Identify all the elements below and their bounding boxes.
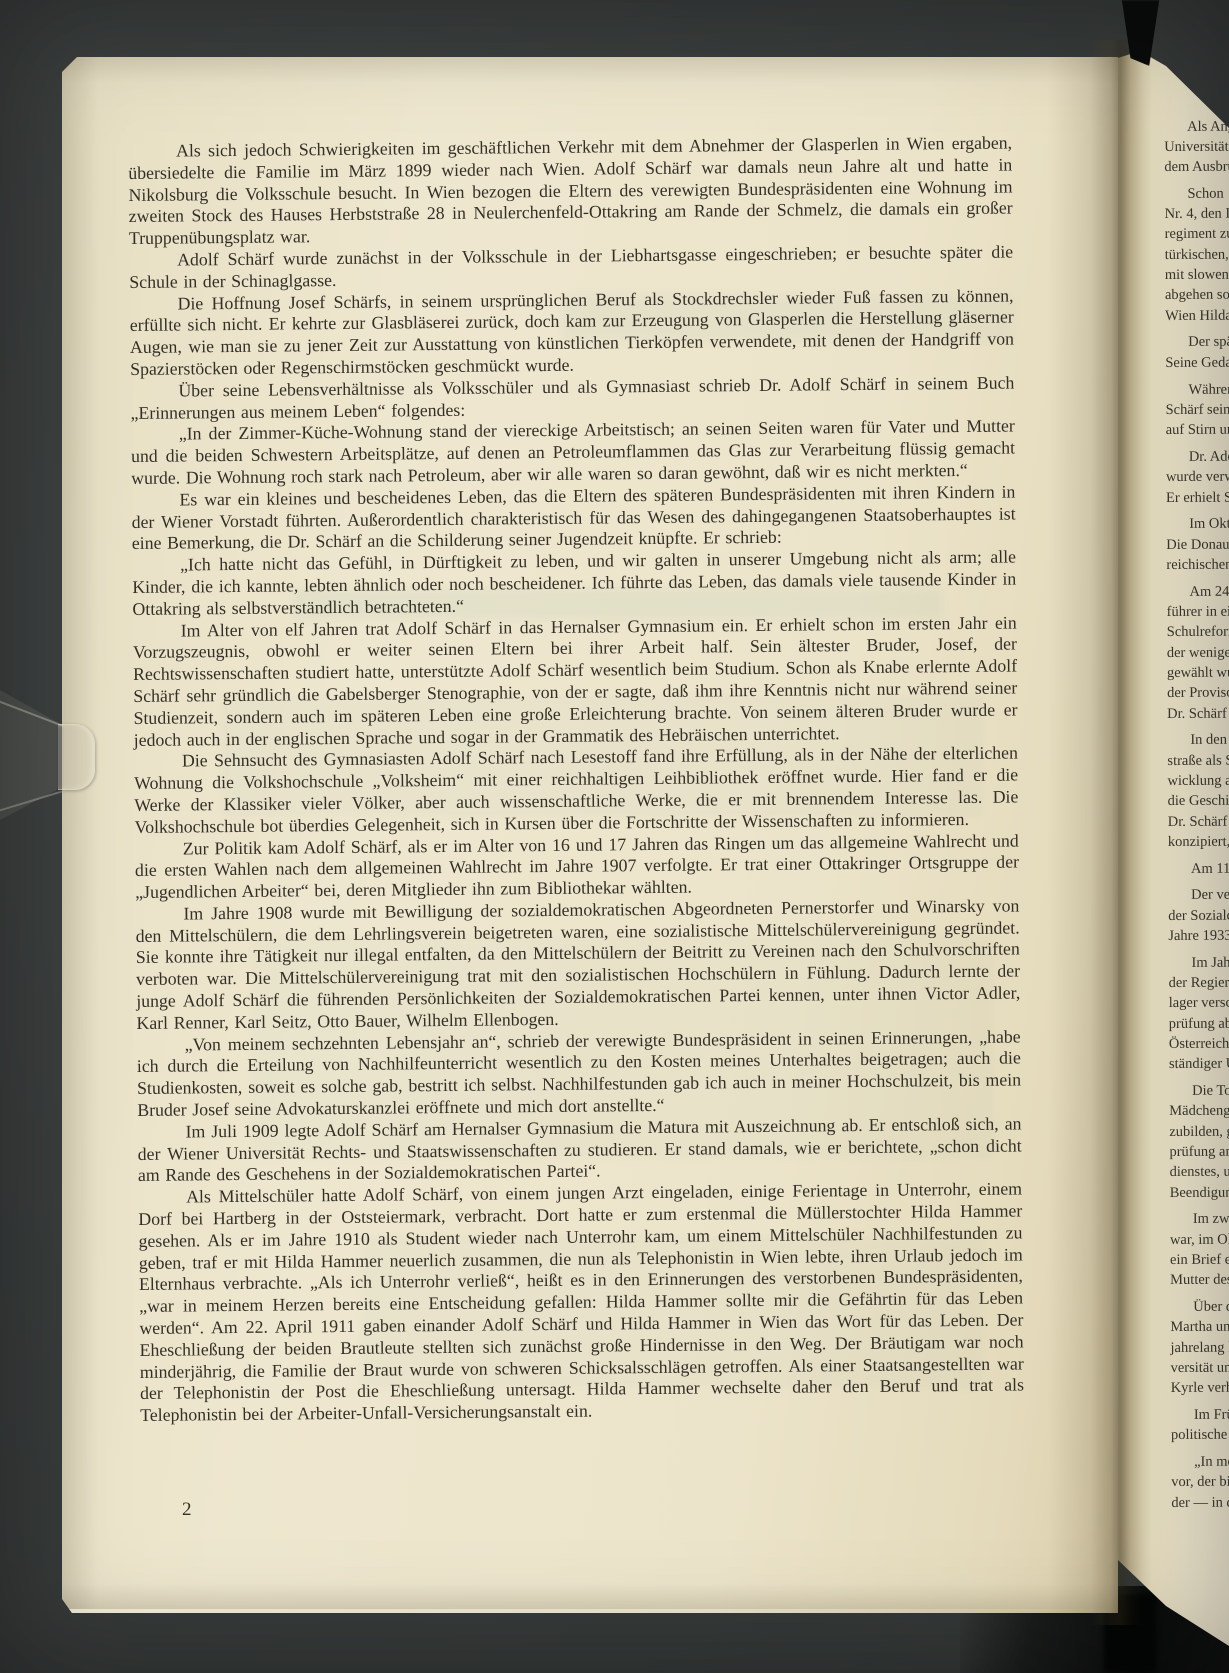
paragraph: Im Jahre 1908 wurde mit Bewilligung der … xyxy=(135,895,1020,1034)
right-page-line: prüfung an ein xyxy=(1169,1142,1229,1163)
right-page-line: Martha und mi xyxy=(1170,1317,1229,1338)
right-page-line: Im Früh xyxy=(1171,1405,1229,1426)
paragraph: Im Juli 1909 legte Adolf Schärf am Herna… xyxy=(137,1113,1022,1187)
right-page-line: konzipiert, bew xyxy=(1168,831,1229,852)
right-page-line: Universität fo xyxy=(1164,136,1229,157)
right-page-line: Schärf seine T xyxy=(1166,399,1229,420)
right-page-line: Jahre 1933 in xyxy=(1168,926,1229,947)
right-page-line: mit slowenisch xyxy=(1165,265,1229,286)
right-page-line: Er erhielt Stu xyxy=(1166,487,1229,508)
paragraph: Als sich jedoch Schwierigkeiten im gesch… xyxy=(128,133,1013,250)
book-page-left: Als sich jedoch Schwierigkeiten im gesch… xyxy=(62,57,1118,1613)
right-page-line: dienstes, um s xyxy=(1170,1162,1229,1183)
right-page-line: Nr. 4, den I xyxy=(1164,204,1229,225)
paragraph: Die Sehnsucht des Gymnasiasten Adolf Sch… xyxy=(134,743,1019,839)
right-page-line: Dr. Ado xyxy=(1166,447,1229,468)
paragraph: Als Mittelschüler hatte Adolf Schärf, vo… xyxy=(138,1179,1024,1427)
right-page-line: Beendigung de xyxy=(1170,1182,1229,1203)
right-page-line: Am 11. xyxy=(1168,858,1229,879)
right-page-line: straße als Sekr xyxy=(1167,750,1229,771)
right-page-line: Schon xyxy=(1164,184,1229,205)
right-page-line: Im Jahr xyxy=(1168,952,1229,973)
right-page-line: Am 24. xyxy=(1166,581,1229,602)
right-page-line: auf Stirn und xyxy=(1166,420,1229,441)
right-page-line: abgehen sollte, xyxy=(1165,285,1229,306)
paragraph: Es war ein kleines und bescheidenes Lebe… xyxy=(131,481,1016,555)
right-page-line: der Sozialdemo xyxy=(1168,905,1229,926)
right-page-text: Als AngUniversität fodem AusbruchSchonNr… xyxy=(1164,110,1229,1513)
paragraph: Im Alter von elf Jahren trat Adolf Schär… xyxy=(133,612,1018,751)
page-number: 2 xyxy=(182,1499,192,1521)
right-page-line: Im zwei xyxy=(1170,1209,1229,1230)
right-page-line: Der spä xyxy=(1165,332,1229,353)
right-page-line: der Provisorisc xyxy=(1167,683,1229,704)
right-page-line: dem Ausbruch xyxy=(1164,157,1229,178)
right-page-line: führer in einer xyxy=(1167,602,1229,623)
right-page-line: Der ver xyxy=(1168,885,1229,906)
right-page-line: Seine Gedanke xyxy=(1165,352,1229,373)
right-page-line: versität und erw xyxy=(1171,1358,1229,1379)
right-page-line: der Regierung d xyxy=(1169,973,1229,994)
right-page-line: Schulreformer O xyxy=(1167,622,1229,643)
paper-clip-body xyxy=(0,688,64,822)
paragraph: „Ich hatte nicht das Gefühl, in Dürftigk… xyxy=(132,547,1017,621)
right-page-line: Mutter des spä xyxy=(1170,1270,1229,1291)
right-page-line: reichischen Re xyxy=(1166,555,1229,576)
page-text: Als sich jedoch Schwierigkeiten im gesch… xyxy=(128,133,1024,1427)
binding-shadow xyxy=(1106,0,1178,66)
right-page-line: Österreichs dur xyxy=(1169,1034,1229,1055)
right-page-line: türkischen, zur xyxy=(1165,244,1229,265)
paragraph: Zur Politik kam Adolf Schärf, als er im … xyxy=(135,830,1020,904)
right-page-line: Im Okt xyxy=(1166,514,1229,535)
right-page-line: der — in der Z xyxy=(1171,1492,1229,1513)
right-page-line: Mädchengymna xyxy=(1169,1101,1229,1122)
right-page-line: Über di xyxy=(1170,1297,1229,1318)
right-page-line: „In mein xyxy=(1171,1452,1229,1473)
right-page-line: gewählt wurde. xyxy=(1167,663,1229,684)
paragraph: „Von meinem sechzehnten Lebensjahr an“, … xyxy=(137,1026,1022,1122)
right-page-line: war, im Oktobe xyxy=(1170,1229,1229,1250)
right-page-line: zubilden, gleich xyxy=(1169,1121,1229,1142)
paper-clip-tip xyxy=(58,724,95,790)
paper-clip xyxy=(0,688,98,822)
right-page-line: ständiger Über xyxy=(1169,1054,1229,1075)
right-page-line: Währen xyxy=(1165,379,1229,400)
right-page-line: ein Brief ein, d xyxy=(1170,1250,1229,1271)
right-page-line: In den J xyxy=(1167,730,1229,751)
right-page-line: vor, der bis zu xyxy=(1171,1472,1229,1493)
right-page-line: Die Toc xyxy=(1169,1081,1229,1102)
right-page-line: regiment zu e xyxy=(1165,224,1229,245)
right-page-line: jahrelang keine xyxy=(1170,1337,1229,1358)
right-page-line: der wenige Tag xyxy=(1167,642,1229,663)
paragraph: „In der Zimmer-Küche-Wohnung stand der v… xyxy=(131,416,1016,490)
right-page-line: Dr. Schärf nic xyxy=(1168,811,1229,832)
right-page-line: lager verschickt xyxy=(1169,993,1229,1014)
right-page-line: wurde verwun xyxy=(1166,467,1229,488)
right-page-line: die Geschichte xyxy=(1168,791,1229,812)
right-page-line: prüfung ab und xyxy=(1169,1013,1229,1034)
right-page-line: wicklung aus d xyxy=(1167,771,1229,792)
right-page-line: Die Donaumo xyxy=(1166,534,1229,555)
right-page-line: Als Ang xyxy=(1164,116,1229,137)
right-page-line: politische Bedeu xyxy=(1171,1425,1229,1446)
right-page-line: Dr. Schärf fun xyxy=(1167,703,1229,724)
right-page-line: Kyrle verheirate xyxy=(1171,1378,1229,1399)
paragraph: Die Hoffnung Josef Schärfs, in seinem ur… xyxy=(129,285,1014,381)
right-page-line: Wien Hilda H xyxy=(1165,305,1229,326)
